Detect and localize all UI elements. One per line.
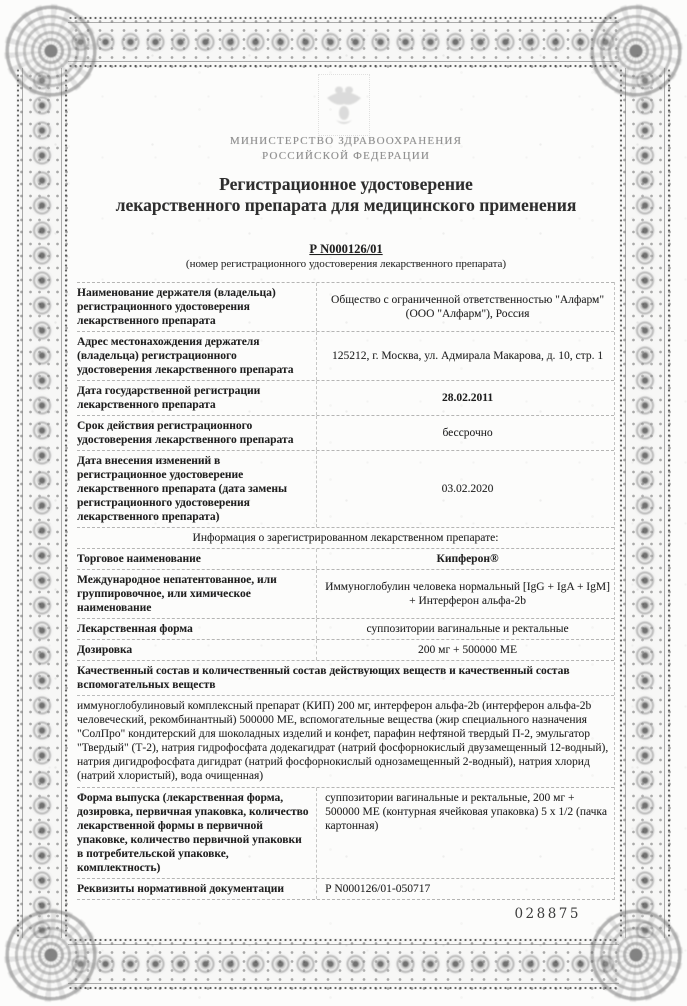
registration-certificate-document: МИНИСТЕРСТВО ЗДРАВООХРАНЕНИЯ РОССИЙСКОЙ … xyxy=(0,0,687,1006)
field-value: 125212, г. Москва, ул. Адмирала Макарова… xyxy=(316,332,614,380)
registration-number-caption: (номер регистрационного удостоверения ле… xyxy=(77,258,615,270)
certificate-table: Наименование держателя (владельца) регис… xyxy=(77,282,615,900)
ministry-line-2: РОССИЙСКОЙ ФЕДЕРАЦИИ xyxy=(77,149,615,164)
field-value: Кипферон® xyxy=(316,549,614,569)
field-value: суппозитории вагинальные и ректальные, 2… xyxy=(316,788,614,878)
row-inn-name: Международное непатентованное, или групп… xyxy=(77,569,614,618)
composition-text: иммуноглобулиновый комплексный препарат … xyxy=(77,695,614,787)
field-label: Наименование держателя (владельца) регис… xyxy=(77,283,316,331)
blank-serial-number: 028875 xyxy=(514,906,581,922)
field-value: бессрочно xyxy=(316,416,614,450)
field-value: 200 мг + 500000 МЕ xyxy=(316,640,614,660)
field-label: Лекарственная форма xyxy=(77,619,316,639)
issuing-authority: МИНИСТЕРСТВО ЗДРАВООХРАНЕНИЯ РОССИЙСКОЙ … xyxy=(77,134,615,164)
ministry-line-1: МИНИСТЕРСТВО ЗДРАВООХРАНЕНИЯ xyxy=(77,134,615,149)
field-value: суппозитории вагинальные и ректальные xyxy=(316,619,614,639)
row-holder-address: Адрес местонахождения держателя (владель… xyxy=(77,331,614,380)
field-label: Дата внесения изменений в регистрационно… xyxy=(77,451,316,527)
field-label: Форма выпуска (лекарственная форма, дози… xyxy=(77,788,316,878)
row-trade-name: Торговое наименование Кипферон® xyxy=(77,548,614,569)
field-label: Международное непатентованное, или групп… xyxy=(77,570,316,618)
field-label: Дата государственной регистрации лекарст… xyxy=(77,381,316,415)
row-validity-period: Срок действия регистрационного удостовер… xyxy=(77,415,614,450)
field-value: 28.02.2011 xyxy=(316,381,614,415)
field-value: Общество с ограниченной ответственностью… xyxy=(316,283,614,331)
border-band-left xyxy=(16,68,68,938)
composition-section-header: Качественный состав и количественный сос… xyxy=(77,660,614,695)
field-label: Реквизиты нормативной документации xyxy=(77,879,316,899)
row-release-form: Форма выпуска (лекарственная форма, дози… xyxy=(77,787,614,878)
row-amendment-date: Дата внесения изменений в регистрационно… xyxy=(77,450,614,527)
row-dosage: Дозировка 200 мг + 500000 МЕ xyxy=(77,639,614,660)
registration-number: Р N000126/01 xyxy=(77,242,615,257)
row-registration-date: Дата государственной регистрации лекарст… xyxy=(77,380,614,415)
field-label: Адрес местонахождения держателя (владель… xyxy=(77,332,316,380)
field-value: 03.02.2020 xyxy=(316,451,614,527)
row-normative-docs: Реквизиты нормативной документации Р N00… xyxy=(77,878,614,899)
corner-rosette-icon xyxy=(589,908,683,1002)
row-holder-name: Наименование держателя (владельца) регис… xyxy=(77,282,614,331)
document-title: Регистрационное удостоверение лекарствен… xyxy=(77,174,615,216)
border-band-top xyxy=(68,16,619,68)
field-value: Р N000126/01-050717 xyxy=(316,879,614,899)
info-section-header: Информация о зарегистрированном лекарств… xyxy=(77,527,614,548)
title-line-2: лекарственного препарата для медицинског… xyxy=(77,195,615,216)
document-content: МИНИСТЕРСТВО ЗДРАВООХРАНЕНИЯ РОССИЙСКОЙ … xyxy=(77,70,615,900)
border-band-right xyxy=(619,68,671,938)
field-label: Торговое наименование xyxy=(77,549,316,569)
corner-rosette-icon xyxy=(4,908,98,1002)
title-line-1: Регистрационное удостоверение xyxy=(77,174,615,195)
field-label: Срок действия регистрационного удостовер… xyxy=(77,416,316,450)
field-label: Дозировка xyxy=(77,640,316,660)
row-dosage-form: Лекарственная форма суппозитории вагинал… xyxy=(77,618,614,639)
field-value: Иммуноглобулин человека нормальный [IgG … xyxy=(316,570,614,618)
border-band-bottom xyxy=(68,938,619,990)
